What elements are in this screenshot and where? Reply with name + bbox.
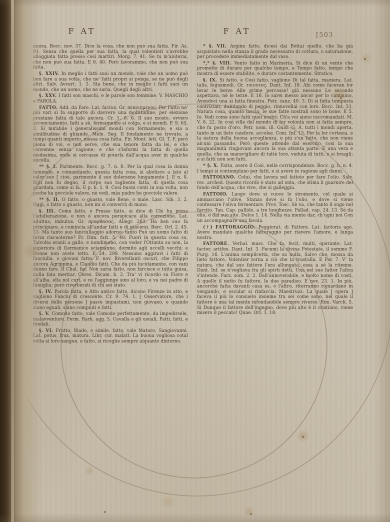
entry-headword: §. XXIV. (39, 71, 61, 76)
left-text-column: nuora. Bocc. nov. 37. Dice la cosa, che … (33, 44, 188, 421)
entry-headword: §. VI. (39, 328, 56, 333)
entry-headword: *,* §. VIII. (203, 61, 234, 66)
text-paragraph: * §. VII. Argine fatto, dicesi dai Botta… (197, 44, 353, 60)
running-title-left: F AT (50, 27, 114, 36)
text-paragraph: FATTO. Add. da Fare. Lat. factus. Gr. πε… (33, 105, 188, 163)
text-paragraph: §. XXIV. In meglio i fatti suoi un mondo… (33, 71, 188, 92)
entry-headword: §. XXV. (39, 94, 59, 99)
text-paragraph: (†) FATTORAGGIO. Peggiorat. di Fattore. … (197, 225, 353, 241)
right-column-text: * §. VII. Argine fatto, dicesi dai Botta… (197, 44, 353, 316)
foxing-spot (243, 506, 255, 517)
book-page-scan: F AT F AT [503 nuora. Bocc. nov. 37. Dic… (0, 0, 390, 522)
text-paragraph: nuora. Bocc. nov. 37. Dice la cosa, che … (33, 44, 188, 70)
text-paragraph: §. V. Comodo fatto, vale Comodo perfetta… (33, 312, 188, 328)
text-paragraph: §. IX. Sì fatto, e Così fatto, vagliono … (197, 78, 353, 163)
entry-headword: * §. X. (203, 164, 221, 169)
text-paragraph: FATTORE. Verbal. masc. Che fa, fecit, mu… (197, 242, 353, 316)
entry-headword: ** §. II. (39, 197, 62, 202)
entry-headword: * §. VII. (203, 44, 230, 49)
gutter-highlight-streak (11, 0, 14, 522)
left-column-text: nuora. Bocc. nov. 37. Dice la cosa, che … (33, 44, 188, 344)
entry-headword: FATTO. (39, 105, 59, 110)
text-paragraph: ** §. II. O fatto, o guasto, vale Bene, … (33, 197, 188, 208)
entry-headword: §. III. (39, 209, 58, 214)
entry-headword: FATTOIANO. (203, 175, 238, 180)
ink-speck (302, 436, 304, 438)
text-paragraph: * §. X. Fatta, avere il Così, nelle corr… (197, 164, 353, 175)
foxing-spot (84, 466, 95, 476)
page-edge-right (374, 0, 390, 522)
text-paragraph: §. VI. Frutto, Biado, o simile, fatto, v… (33, 328, 188, 344)
foxing-spot (360, 52, 372, 64)
text-paragraph: FATTOIO. Luogo dove si cuoce lo stroment… (197, 192, 353, 224)
text-paragraph: §. IV. Parola fatta, o Atto antico fatto… (33, 289, 188, 310)
entry-headword: §. IX. (203, 78, 220, 83)
foxing-spot (160, 496, 176, 508)
text-paragraph: §. III. Come fatto, o Presso fatto, si d… (33, 209, 188, 288)
ink-speck (250, 513, 252, 515)
ink-speck (104, 511, 106, 513)
entry-headword: §. IV. (39, 289, 54, 294)
entry-headword: FATTOIO. (203, 192, 232, 197)
text-paragraph: FATTOIANO. Colui, che lavora nel fattoio… (197, 175, 353, 191)
entry-headword: ** §. I. (39, 165, 60, 170)
entry-headword: §. V. (39, 312, 52, 317)
text-paragraph: *,* §. VIII. Vento fatto in Marineria, S… (197, 61, 353, 77)
folio-number: [503 (316, 31, 333, 39)
running-title-right: F AT (205, 27, 269, 36)
text-paragraph: §. XXV. I fatti son maschi, e le parole … (33, 94, 188, 105)
right-text-column: * §. VII. Argine fatto, dicesi dai Botta… (197, 44, 353, 432)
page-edge-bottom (0, 513, 390, 522)
page-edge-top (0, 0, 390, 7)
ink-speck (364, 58, 366, 60)
entry-headword: (†) FATTORAGGIO. (203, 225, 258, 230)
entry-headword: FATTORE. (203, 242, 232, 247)
text-paragraph: ** §. I. Parimente. Bocc. g. 7. n. 6. Pe… (33, 165, 188, 197)
